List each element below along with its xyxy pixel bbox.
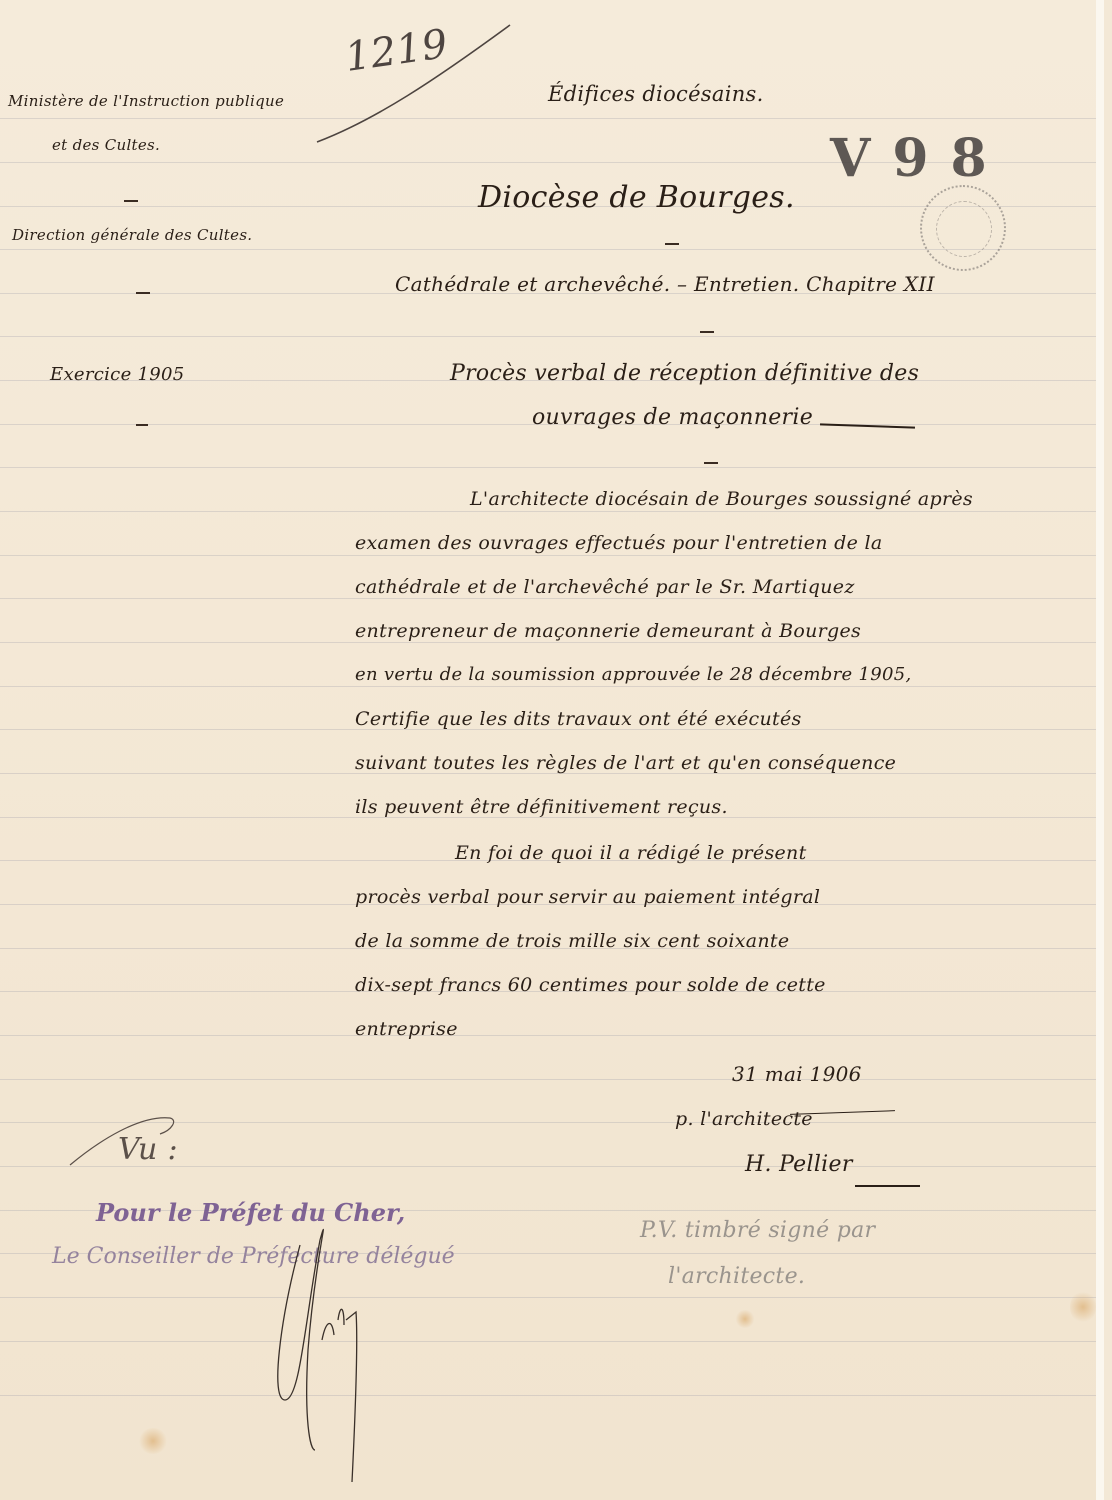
ruled-line	[0, 1035, 1104, 1036]
ministry-line-2: et des Cultes.	[52, 136, 160, 154]
ruled-line	[0, 1341, 1104, 1342]
body-line: dix-sept francs 60 centimes pour solde d…	[355, 974, 826, 996]
body-line: suivant toutes les règles de l'art et qu…	[355, 752, 896, 774]
direction-line: Direction générale des Cultes.	[12, 226, 252, 244]
body-line: L'architecte diocésain de Bourges soussi…	[470, 488, 973, 510]
signature-date: 31 mai 1906	[732, 1062, 862, 1086]
archive-stamp-number: 98	[892, 128, 1008, 189]
vu-flourish	[60, 1110, 180, 1170]
exercise-line: Exercice 1905	[50, 364, 185, 385]
separator-dash	[704, 462, 718, 464]
paper-stain	[1070, 1290, 1096, 1324]
diocese-title: Diocèse de Bourges.	[478, 180, 795, 215]
category-line: Édifices diocésains.	[548, 82, 764, 106]
ruled-line	[0, 598, 1104, 599]
body-line: procès verbal pour servir au paiement in…	[355, 886, 820, 908]
ruled-line	[0, 1395, 1104, 1396]
ruled-line	[0, 642, 1104, 643]
ruled-line	[0, 1079, 1104, 1080]
separator-dash	[665, 243, 679, 245]
architect-signature: H. Pellier	[745, 1152, 853, 1177]
body-line: examen des ouvrages effectués pour l'ent…	[355, 532, 883, 554]
archive-stamp-letter: V	[830, 128, 892, 189]
ruled-line	[0, 555, 1104, 556]
separator-dash	[136, 292, 150, 294]
archive-stamp: V98	[830, 128, 1009, 189]
pencil-note-line-1: P.V. timbré signé par	[640, 1218, 875, 1243]
ruled-line	[0, 467, 1104, 468]
paper-stain	[138, 1428, 168, 1454]
ink-seal-icon	[920, 185, 1006, 271]
signature-underline	[855, 1185, 920, 1187]
subject-line: Cathédrale et archevêché. – Entretien. C…	[395, 272, 935, 296]
diagonal-stroke	[315, 20, 515, 150]
body-line: En foi de quoi il a rédigé le présent	[455, 842, 807, 864]
body-line: de la somme de trois mille six cent soix…	[355, 930, 789, 952]
ruled-line	[0, 336, 1104, 337]
title-line-1: Procès verbal de réception définitive de…	[450, 361, 919, 386]
body-line: Certifie que les dits travaux ont été ex…	[355, 708, 802, 730]
separator-dash	[124, 200, 138, 202]
body-line: cathédrale et de l'archevêché par le Sr.…	[355, 576, 855, 598]
separator-dash	[136, 424, 148, 426]
body-line: entreprise	[355, 1018, 458, 1040]
ruled-line	[0, 686, 1104, 687]
ruled-line	[0, 118, 1104, 119]
ruled-line	[0, 1297, 1104, 1298]
for-architect-line: p. l'architecte	[675, 1108, 813, 1130]
prefecture-signature	[260, 1200, 400, 1500]
ruled-line	[0, 511, 1104, 512]
body-line: entrepreneur de maçonnerie demeurant à B…	[355, 620, 861, 642]
separator-dash	[700, 331, 714, 333]
ministry-line-1: Ministère de l'Instruction publique	[8, 92, 284, 110]
body-line: ils peuvent être définitivement reçus.	[355, 796, 728, 818]
title-line-2: ouvrages de maçonnerie	[532, 405, 813, 430]
paper-stain	[735, 1310, 755, 1328]
document-page: 1219 Ministère de l'Instruction publique…	[0, 0, 1104, 1500]
page-edge	[1096, 0, 1104, 1500]
pencil-note-line-2: l'architecte.	[668, 1264, 805, 1289]
body-line: en vertu de la soumission approuvée le 2…	[355, 664, 912, 685]
